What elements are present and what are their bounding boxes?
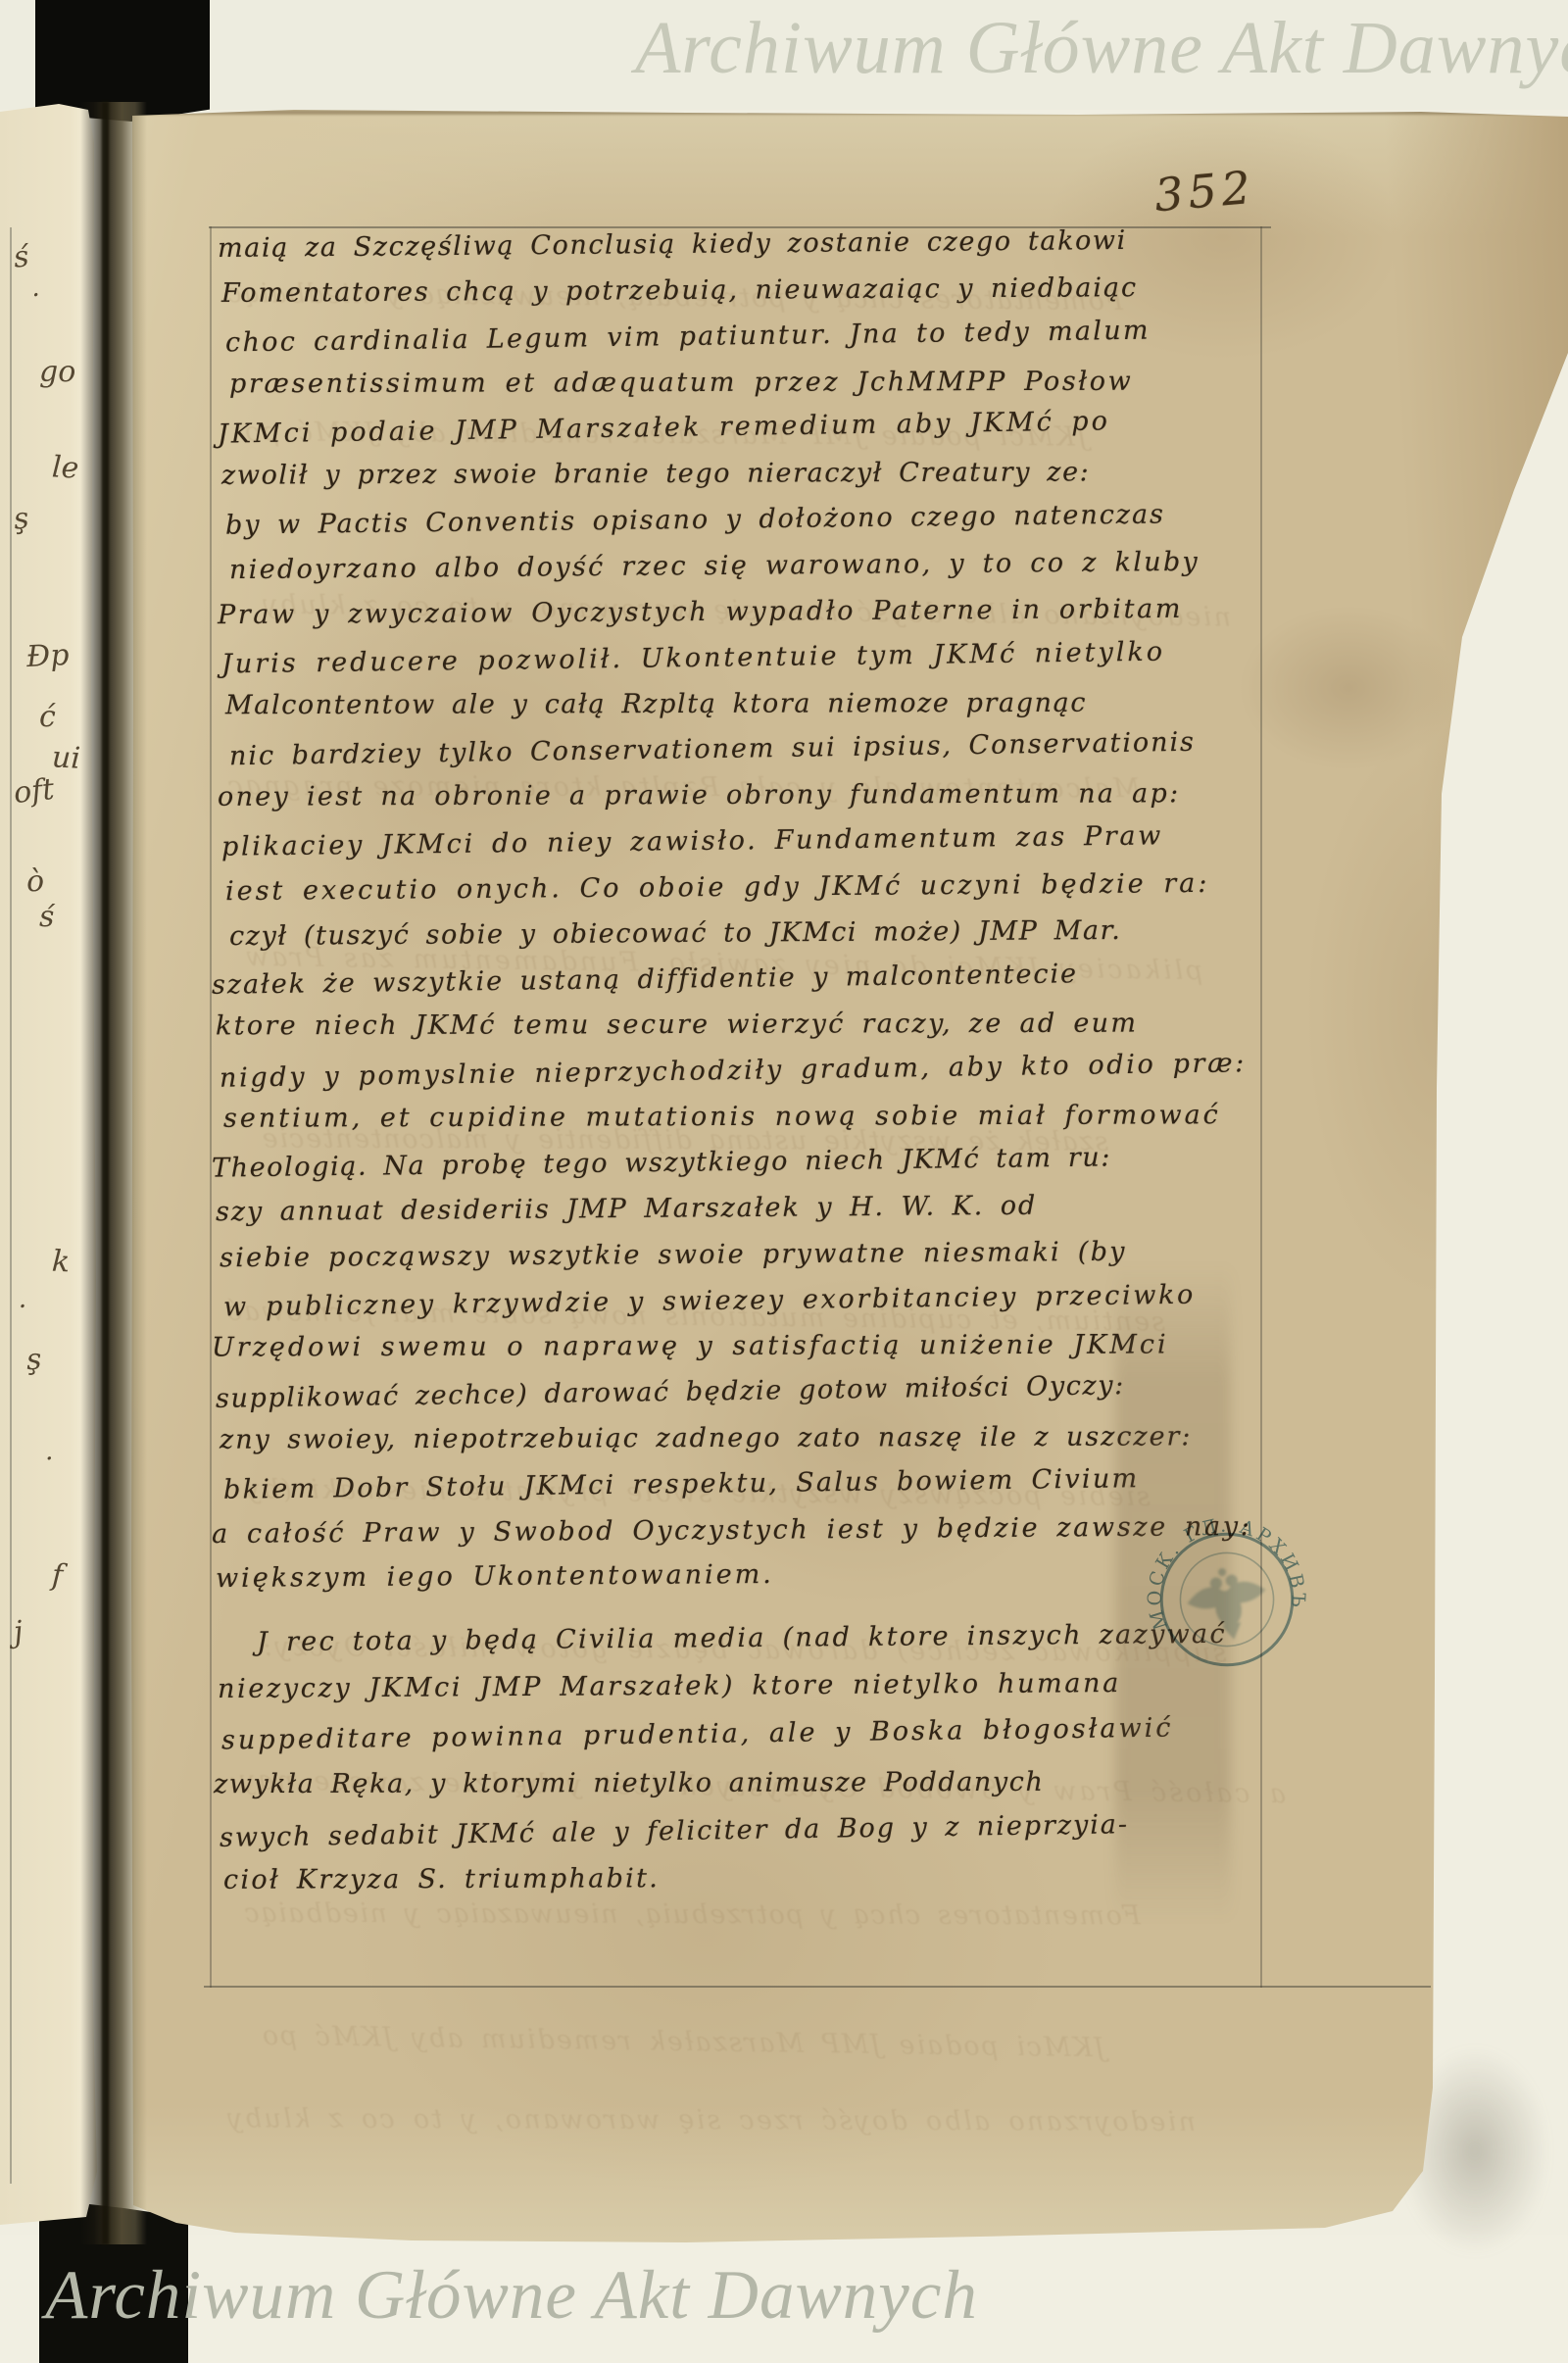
manuscript-line: niedoyrzano albo doyść rzec się warowano…: [225, 2105, 1196, 2136]
text-frame-rule-right: [1260, 226, 1262, 1988]
manuscript-line: supplikować zechce) darować będzie gotow…: [216, 1372, 1125, 1412]
manuscript-line: maią za Szczęśliwą Conclusią kiedy zosta…: [218, 227, 1127, 262]
manuscript-line: Urzędowi swemu o naprawę y satisfactią u…: [212, 1332, 1169, 1361]
manuscript-line: iest executio onych. Co oboie gdy JKMć u…: [225, 870, 1210, 905]
text-frame-rule-bottom: [204, 1986, 1431, 1988]
manuscript-line: by w Pactis Conventis opisano y dołożono…: [225, 502, 1165, 539]
manuscript-line: Juris reducere pozwolił. Ukontentuie tym…: [221, 638, 1165, 677]
marginalia-fragment: ui: [51, 740, 81, 775]
gutter-crease: [102, 102, 109, 2244]
marginalia-fragment: ś: [12, 239, 30, 274]
manuscript-line: Malcontentow ale y całą Rzpltą ktora nie…: [225, 689, 1087, 718]
manuscript-line: suppeditare powinna prudentia, ale y Bos…: [221, 1715, 1174, 1754]
scanner-top-strip: [0, 0, 1568, 110]
manuscript-line: czył (tuszyć sobie y obiecować to JKMci …: [229, 917, 1122, 950]
marginalia-fragment: ˙: [39, 1452, 54, 1487]
manuscript-line: szy annuat desideriis JMP Marszałek y H.…: [216, 1193, 1037, 1226]
manuscript-line: swych sedabit JKMć ale y feliciter da Bo…: [220, 1811, 1129, 1851]
manuscript-line: cioł Krzyza S. triumphabit.: [223, 1865, 660, 1894]
marginalia-fragment: ò: [25, 864, 45, 900]
archive-stamp-svg: МОСК. ГЛ. АРХИВЪ: [1129, 1501, 1324, 1697]
marginalia-fragment: f: [51, 1558, 64, 1594]
manuscript-line: siebie począwszy wszytkie swoie prywatne…: [220, 1238, 1127, 1270]
manuscript-line: plikaciey JKMci do niey zawisło. Fundame…: [221, 822, 1163, 860]
manuscript-scan: ś˙goleşÐpćuioftòśk˙ş˙fj Fomentatores chc…: [0, 0, 1568, 2363]
marginalia-fragment: j: [12, 1615, 24, 1650]
manuscript-line: zwolił y przez swoie branie tego nieracz…: [221, 460, 1090, 489]
manuscript-line: niedoyrzano albo doyść rzec się warowano…: [229, 549, 1200, 583]
manuscript-line: choc cardinalia Legum vim patiuntur. Jna…: [225, 317, 1151, 356]
manuscript-line: nic bardziey tylko Conservationem sui ip…: [229, 729, 1196, 770]
marginalia-fragment: ś: [39, 900, 54, 934]
manuscript-line: niezyczy JKMci JMP Marszałek) ktore niet…: [218, 1670, 1121, 1702]
marginalia-fragment: Ðp: [25, 638, 70, 674]
marginalia-fragment: ˙: [12, 1300, 30, 1335]
manuscript-line: sentium, et cupidine mutationis nową sob…: [223, 1102, 1221, 1132]
facing-page-margin-rule: [10, 227, 12, 2184]
manuscript-line: nigdy y pomyslnie nieprzychodziły gradum…: [220, 1051, 1247, 1093]
manuscript-line: ktore niech JKMć temu secure wierzyć rac…: [216, 1010, 1138, 1040]
marginalia-fragment: k: [51, 1245, 71, 1280]
marginalia-fragment: ş: [25, 1343, 42, 1378]
manuscript-line: zny swoiey, niepotrzebuiąc zadnego zato …: [220, 1423, 1192, 1452]
marginalia-fragment: ş: [12, 501, 30, 536]
archive-stamp: МОСК. ГЛ. АРХИВЪ: [1129, 1501, 1324, 1697]
page-number: 352: [1152, 161, 1257, 222]
manuscript-line: Fomentatores chcą y potrzebuią, nieuwaza…: [221, 274, 1138, 307]
manuscript-line: oney iest na obronie a prawie obrony fun…: [218, 780, 1181, 811]
manuscript-line: Praw y zwyczaiow Oyczystych wypadło Pate…: [218, 596, 1183, 628]
manuscript-page: Fomentatores chcą y potrzebuią, nieuwaza…: [0, 108, 1568, 2256]
marginalia-fragment: le: [51, 450, 79, 485]
marginalia-fragment: ˙: [25, 289, 42, 324]
text-frame-rule-left: [210, 226, 212, 1988]
manuscript-line: J rec tota y będą Civilia media (nad kto…: [257, 1621, 1227, 1655]
manuscript-line: zwykła Ręka, y ktorymi nietylko animusze…: [214, 1768, 1045, 1797]
manuscript-line: większym iego Ukontentowaniem.: [216, 1561, 774, 1592]
marginalia-fragment: go: [39, 355, 75, 389]
manuscript-line: JKMci podaie JMP Marszałek remedium aby …: [261, 2023, 1105, 2062]
marginalia-fragment: oft: [12, 772, 56, 811]
scanner-bottom-strip: [0, 2235, 1568, 2363]
page-top-edge: [132, 110, 1568, 115]
manuscript-line: præsentissimum et adæquatum przez JchMMP…: [229, 368, 1133, 397]
manuscript-line: a całość Praw y Swobod Oyczystych iest y…: [212, 1513, 1252, 1548]
manuscript-line: Fomentatores chcą y potrzebuią, nieuwaza…: [243, 1900, 1141, 1930]
marginalia-fragment: ć: [39, 700, 56, 734]
gutter-shadow: [80, 102, 147, 2244]
